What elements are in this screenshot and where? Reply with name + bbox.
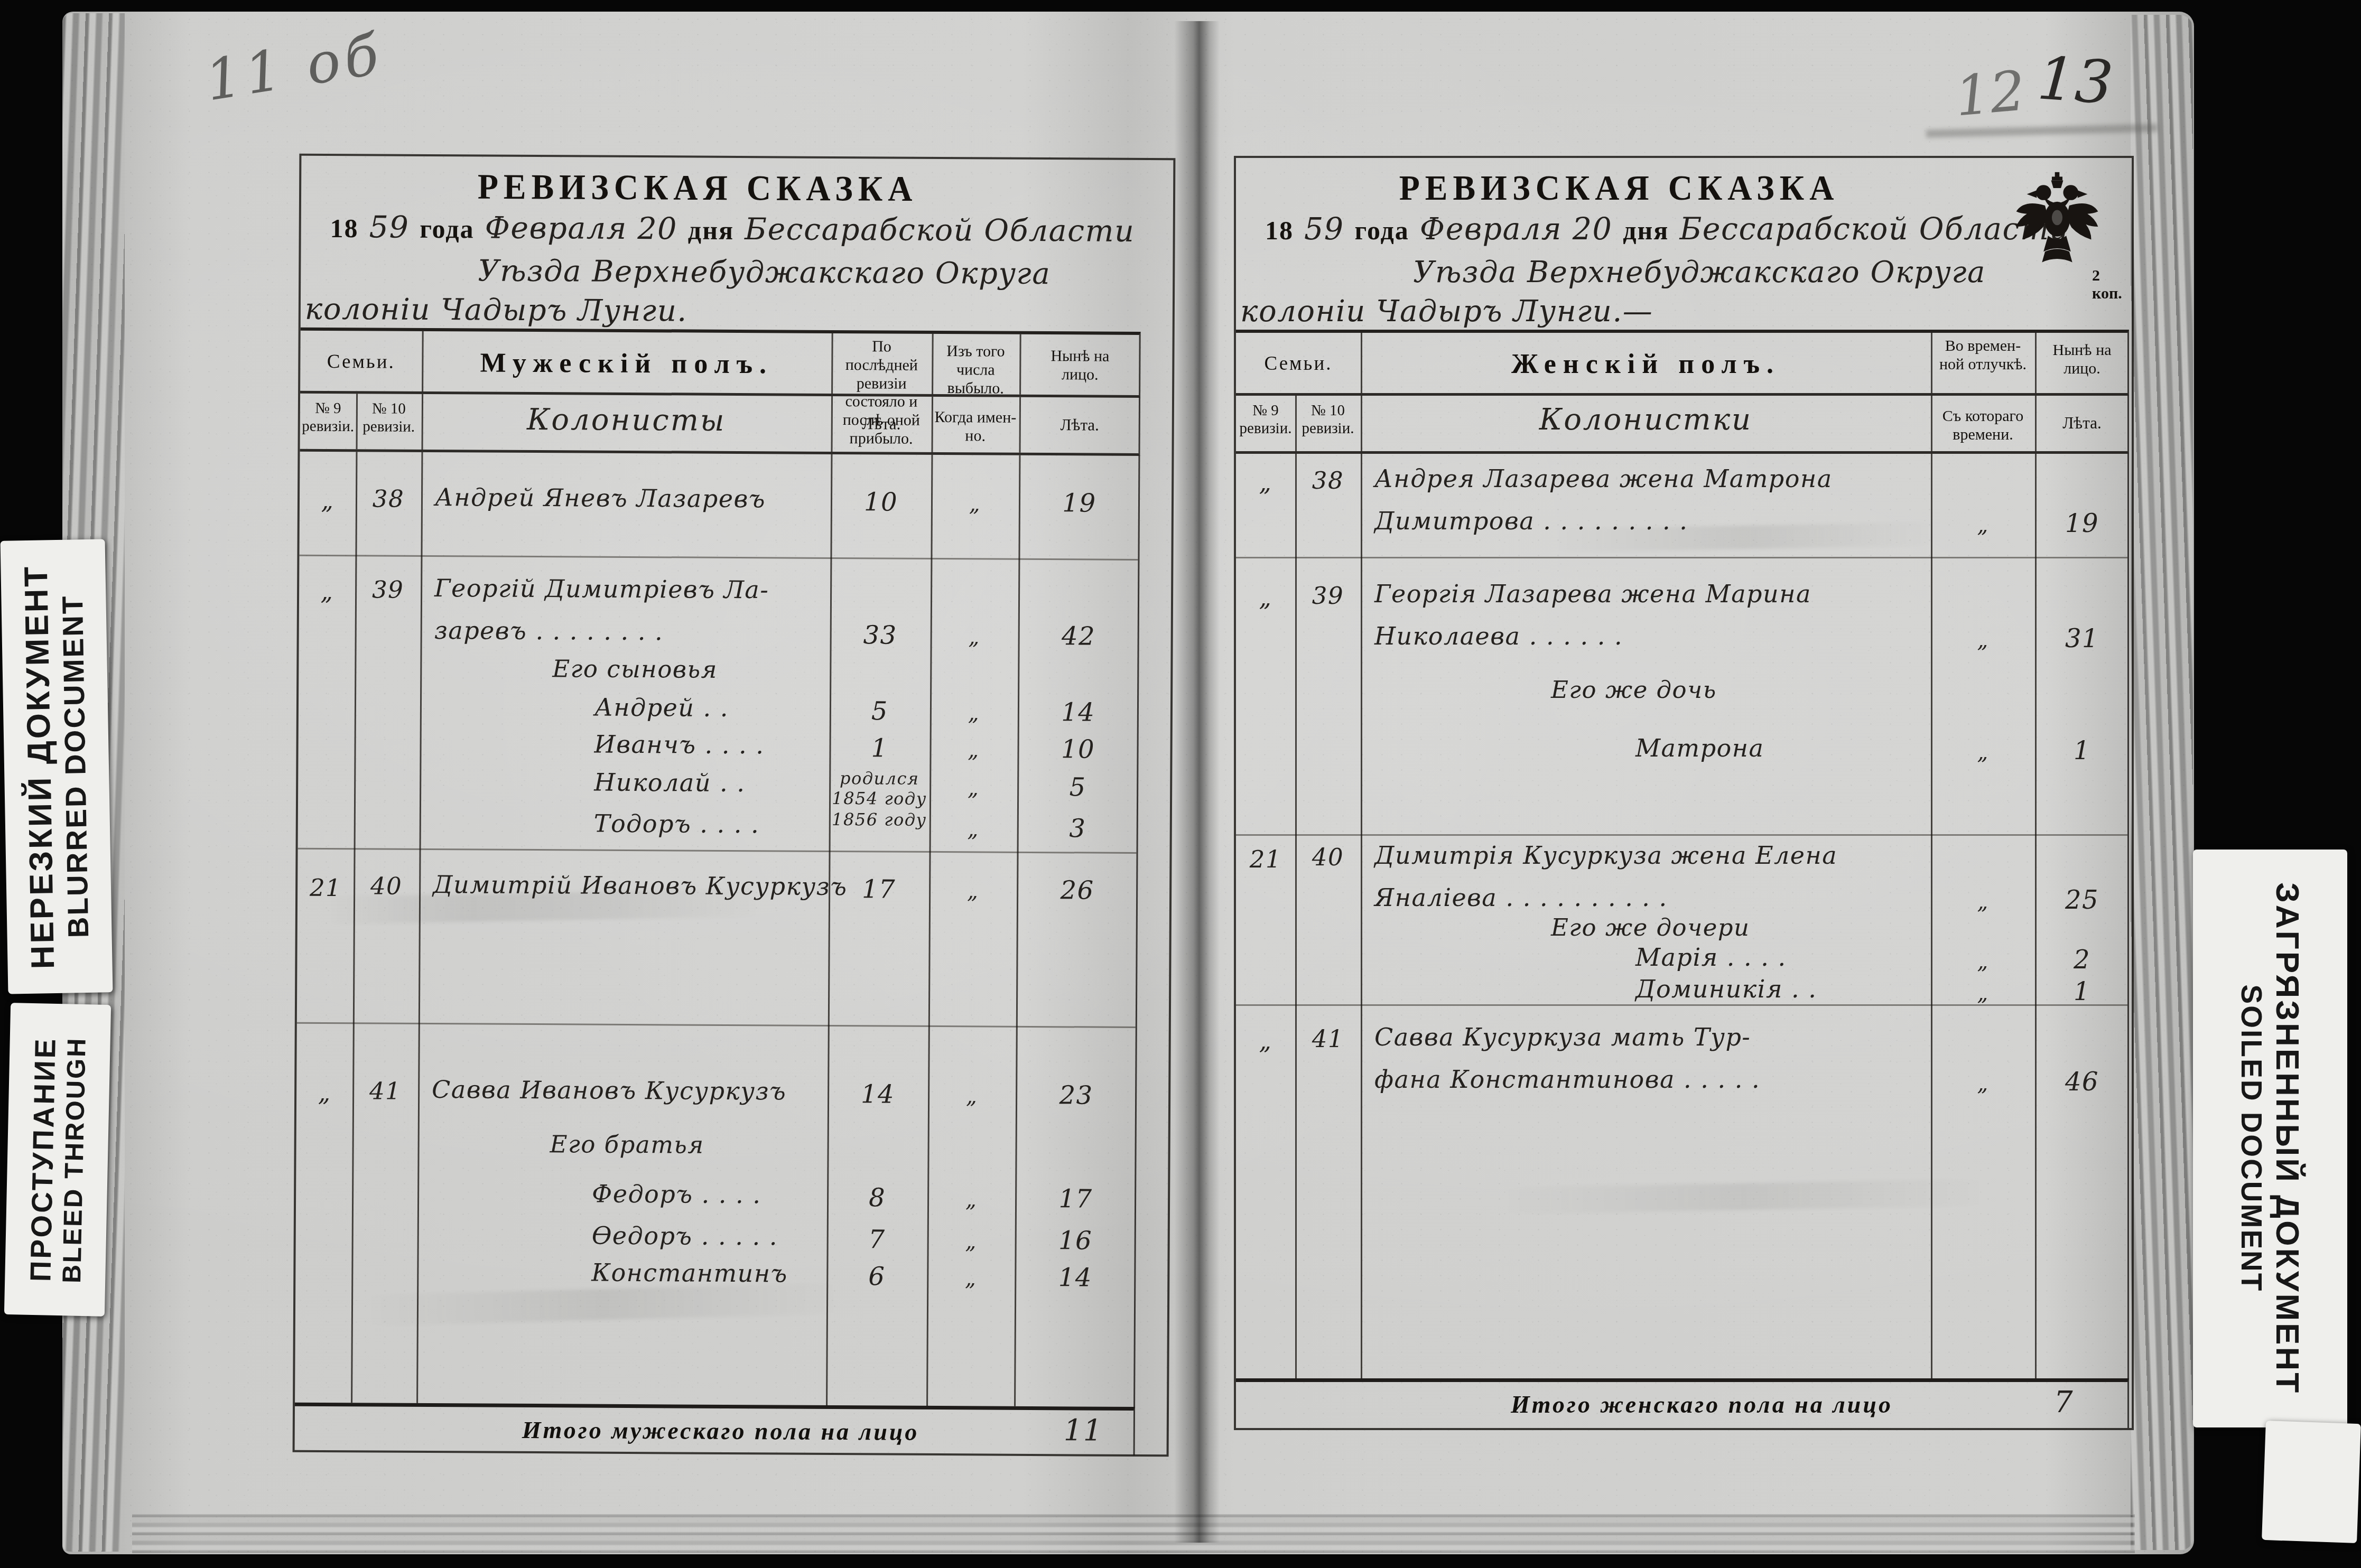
table-row: „38Андрей Яневъ Лазаревъ10„19 (299, 452, 1138, 559)
colony-line: колоніи Чадыръ Лунги. (305, 292, 687, 329)
cell-revision10: 40 (353, 850, 420, 1023)
column-rule (2035, 396, 2037, 451)
hw-date: Февраля 20 (1420, 212, 1612, 247)
cell-ditto: „ (927, 1171, 1015, 1221)
total-value: 11 (1064, 1413, 1103, 1448)
table-row: Его братья (296, 1123, 1135, 1172)
column-rule (1361, 396, 1362, 451)
tag-text-en: BLURRED DOCUMENT (55, 564, 96, 969)
tag-soiled-document: ЗАГРЯЗНЕННЫЙ ДОКУМЕНТ SOILED DOCUMENT (2193, 850, 2347, 1427)
table-row: „38Андрея Лазарева жена МатронаДимитрова… (1236, 454, 2127, 557)
cell-age-now: 1 (2035, 974, 2129, 1004)
total-value: 7 (2054, 1385, 2074, 1420)
col-when-exactly: Когда имен­но. (932, 408, 1019, 445)
page-left-frame: РЕВИЗСКАЯ СКАЗКА 18 59 года Февраля 20 д… (293, 154, 1176, 1457)
name-line: Марія . . . . (1635, 945, 1931, 970)
table-row: Иванчъ . . . .1„10 (298, 726, 1137, 769)
cell-age-now: 14 (1018, 693, 1139, 731)
column-rule (932, 397, 934, 452)
cell-ditto: „ (929, 809, 1017, 852)
name-line: Савва Кусуркуза мать Тур- (1374, 1025, 1931, 1050)
table-row: Николай . .родился1854 году„5 (298, 764, 1137, 810)
table-row: Его же дочери (1236, 909, 2127, 942)
page-stack-edge-right (2131, 15, 2193, 1550)
col-revision-10: № 10 реви­зіи. (356, 400, 422, 436)
cell-name: Андрей . . (420, 690, 830, 729)
age-value: 8 (827, 1183, 927, 1213)
cell-ditto: „ (927, 1258, 1015, 1298)
age-value: 10 (831, 487, 931, 517)
cell-age-last-revision: 1 (829, 729, 929, 768)
cell-age-now: 23 (1016, 1028, 1137, 1127)
name-line: заревъ . . . . . . . . (434, 618, 830, 646)
age-value: 17 (829, 874, 929, 904)
tag-text-en: SOILED DOCUMENT (2235, 882, 2269, 1395)
cell-revision9: 21 (297, 850, 354, 1023)
cell-ditto: „ (931, 559, 1019, 651)
folio-number-ink: 13 (2035, 44, 2115, 118)
column-rule (831, 396, 833, 452)
tag-bleed-through: ПРОСТУПАНИЕ BLEED THROUGH (4, 1003, 111, 1317)
column-rule (356, 394, 358, 449)
district-line: Уѣзда Верхнебуджакскаго Округа (1413, 255, 1986, 290)
age-value: 1 (829, 733, 929, 763)
age-value: 1856 году (829, 809, 929, 830)
col-temporary-absence: Во времен­ной отлуч­кѣ. (1931, 337, 2035, 374)
printed-goda: года (420, 213, 475, 245)
hw-region: Бессарабской Области (1679, 212, 2069, 247)
name-line: Георгій Димитріевъ Ла- (434, 576, 830, 603)
cell-revision9: „ (299, 452, 356, 555)
page-left-header: РЕВИЗСКАЯ СКАЗКА 18 59 года Февраля 20 д… (301, 156, 1174, 332)
name-line: Георгія Лазарева жена Марина (1374, 582, 1931, 607)
table-body: „38Андрея Лазарева жена МатронаДимитрова… (1236, 454, 2129, 1378)
cell-ditto: „ (1931, 718, 2035, 834)
cell-ditto: „ (1931, 454, 2035, 557)
table-row: Его сыновья (299, 647, 1137, 694)
cell-revision10: 39 (355, 556, 421, 648)
cell-name: Николай . . (420, 765, 829, 808)
cell-age-last-revision: 17 (828, 852, 929, 1025)
cell-age-now: 26 (1016, 853, 1138, 1026)
table-row: „41Савва Кусуркуза мать Тур-фана Констан… (1236, 1004, 2127, 1131)
cell-age-last-revision: 10 (830, 454, 931, 558)
table-row: Марія . . . .„2 (1236, 942, 2127, 974)
table-row: Матрона„1 (1236, 718, 2127, 834)
cell-name: Матрона (1361, 718, 1931, 834)
cell-revision10: 38 (1295, 454, 1361, 557)
cell-name: Иванчъ . . . . (420, 727, 829, 767)
cell-age-now: 19 (1018, 455, 1140, 559)
col-revision-9: № 9 реви­зіи. (300, 400, 356, 436)
cell-ditto: „ (929, 730, 1017, 768)
tag-text-ru: ПРОСТУПАНИЕ (23, 1036, 62, 1283)
tag-text-en: BLEED THROUGH (57, 1037, 92, 1283)
cell-age-last-revision: родился1854 году (829, 767, 929, 809)
name-line: Андрей . . (594, 695, 830, 722)
age-value: 6 (826, 1262, 927, 1292)
name-line: Ѳедоръ . . . . . (592, 1224, 827, 1250)
table-header-main: Семьи. Мужескій полъ. По послѣдней ревиз… (300, 328, 1141, 398)
table-footer: Итого мужескаго пола на лицо 11 (295, 1403, 1135, 1455)
age-value-sub: 1854 году (829, 788, 929, 809)
cell-age-now: 2 (2035, 942, 2129, 974)
hw-year: 59 (369, 210, 410, 245)
cell-name: Димитрія Кусуркуза жена ЕленаЯналіева . … (1361, 836, 1931, 909)
page-title: РЕВИЗСКАЯ СКАЗКА (1236, 167, 2002, 209)
cell-age-last-revision: 33 (830, 559, 931, 650)
col-male-sex: Мужескій полъ. (422, 347, 831, 381)
cell-revision10: 41 (352, 1024, 419, 1123)
cell-revision9: „ (1236, 454, 1295, 557)
cell-name: Константинъ (417, 1255, 826, 1297)
page-stack-edge-bottom (132, 1514, 2135, 1553)
column-rule (1931, 454, 1932, 1378)
age-value: 7 (827, 1225, 927, 1255)
cell-age-now: 1 (2035, 718, 2129, 834)
column-rule (1295, 396, 1297, 451)
column-rule (1019, 334, 1021, 395)
colony-line: колоніи Чадыръ Лунги.— (1240, 294, 1653, 329)
printed-18: 18 (1265, 215, 1294, 246)
table-row: „39Георгія Лазарева жена МаринаНиколаева… (1236, 557, 2127, 660)
cell-revision10: 38 (355, 452, 421, 555)
cell-revision9: „ (296, 1024, 353, 1123)
document-scan: 11 об 12 13 РЕВИЗСКАЯ СКАЗКА 18 59 года … (0, 0, 2361, 1568)
row-sublabel: Его же дочери (1361, 909, 1931, 942)
col-revision-9: № 9 реви­зіи. (1236, 402, 1295, 437)
cell-revision9: 21 (1236, 836, 1295, 909)
cell-revision10: 39 (1295, 558, 1361, 660)
cell-revision9: „ (299, 556, 356, 648)
cell-ditto: „ (1931, 558, 2035, 660)
row-sublabel: Его сыновья (420, 648, 830, 692)
column-rule (1931, 396, 1932, 451)
printed-dnya: дня (688, 215, 734, 246)
page-right-header: РЕВИЗСКАЯ СКАЗКА 18 59 года Февраля 20 д… (1236, 158, 2132, 330)
table-row: Доминикія . .„1 (1236, 974, 2127, 1004)
table-row: Андрей . .5„14 (299, 689, 1137, 731)
table-row: „39Георгій Димитріевъ Ла-заревъ . . . . … (299, 555, 1138, 651)
col-years-prev: Лѣта. (831, 414, 932, 434)
page-title: РЕВИЗСКАЯ СКАЗКА (301, 165, 1094, 210)
column-rule (2035, 333, 2037, 393)
total-label: Итого мужескаго пола на лицо (522, 1416, 919, 1446)
cell-name: Ѳедоръ . . . . . (417, 1218, 827, 1257)
name-line: Димитрова . . . . . . . . . (1374, 509, 1931, 534)
table-footer: Итого женскаго пола на лицо 7 (1236, 1378, 2129, 1428)
name-line: фана Константинова . . . . . (1374, 1067, 1931, 1093)
column-rule (1361, 333, 1362, 393)
table-row: Тодоръ . . . .1856 году„3 (298, 806, 1137, 852)
row-sublabel: Его братья (417, 1123, 827, 1170)
name-line: Андрея Лазарева жена Матрона (1374, 466, 1931, 492)
name-line: Савва Ивановъ Кусуркузъ (432, 1077, 828, 1105)
age-value: 14 (828, 1079, 928, 1109)
cell-ditto: „ (931, 455, 1019, 558)
age-value: 33 (830, 620, 931, 650)
name-line: Андрей Яневъ Лазаревъ (435, 485, 831, 512)
date-line: 18 59 года Февраля 20 дня Бессарабской О… (1265, 212, 2080, 247)
cell-age-now: 17 (1015, 1171, 1136, 1222)
column-rule (422, 394, 424, 450)
table-row: Ѳедоръ . . . . .7„16 (296, 1218, 1135, 1259)
name-line: Димитрій Ивановъ Кусуркузъ (433, 872, 829, 900)
cell-ditto: „ (1931, 942, 2035, 974)
cell-age-now: 46 (2035, 1006, 2129, 1131)
table-row: 2140Димитрій Ивановъ Кусуркузъ17„26 (297, 848, 1137, 1026)
cell-age-last-revision: 14 (828, 1026, 928, 1126)
name-line: Доминикія . . (1635, 977, 1931, 1002)
column-rule (1295, 454, 1297, 1378)
cell-ditto: „ (930, 693, 1018, 730)
name-line: Федоръ . . . . (592, 1182, 827, 1208)
cell-name: Тодоръ . . . . (420, 806, 829, 851)
cell-name: Димитрій Ивановъ Кусуркузъ (419, 850, 829, 1025)
col-family: Семьи. (1236, 353, 1361, 376)
table-row: Константинъ6„14 (295, 1255, 1134, 1299)
table-row: Его же дочь (1236, 660, 2127, 718)
tag-blurred-document: НЕРЕЗКИЙ ДОКУМЕНТ BLURRED DOCUMENT (1, 539, 113, 994)
column-rule (831, 333, 833, 394)
cell-ditto: „ (1931, 1006, 2035, 1131)
imperial-eagle-icon (2012, 172, 2103, 274)
cell-age-now: 42 (1018, 560, 1140, 651)
name-line: Димитрія Кусуркуза жена Елена (1374, 843, 1931, 869)
cell-age-now: 25 (2035, 836, 2129, 909)
total-label: Итого женскаго пола на лицо (1511, 1390, 1893, 1418)
tag-blank-slip (2262, 1421, 2361, 1543)
col-years-now: Лѣта. (1019, 415, 1140, 435)
cell-ditto: „ (1931, 974, 2035, 1004)
cell-name: Савва Ивановъ Кусуркузъ (418, 1024, 828, 1125)
column-rule (1019, 397, 1021, 453)
name-line: Константинъ (591, 1261, 826, 1287)
name-line: Яналіева . . . . . . . . . . (1374, 885, 1931, 911)
book-gutter (1174, 21, 1220, 1543)
cell-age-last-revision: 5 (830, 692, 930, 730)
column-rule (2035, 454, 2037, 1378)
column-rule (422, 331, 424, 391)
district-line: Уѣзда Верхнебуджакскаго Округа (478, 254, 1051, 291)
cell-name: Савва Кусуркуза мать Тур-фана Константин… (1361, 1006, 1931, 1131)
col-revision-10: № 10 реви­зіи. (1295, 402, 1361, 437)
cell-revision9: „ (1236, 558, 1295, 660)
cell-name: Марія . . . . (1361, 942, 1931, 974)
table-body: „38Андрей Яневъ Лазаревъ10„19„39Георгій … (295, 452, 1140, 1407)
col-present: Нынѣ на лицо. (1019, 347, 1140, 385)
cell-age-now: 31 (2035, 558, 2129, 660)
hw-date: Февраля 20 (485, 211, 677, 247)
cell-name: Федоръ . . . . (417, 1168, 827, 1220)
tag-text-ru: НЕРЕЗКИЙ ДОКУМЕНТ (17, 564, 62, 969)
cell-age-now: 10 (1017, 730, 1138, 769)
date-line: 18 59 года Февраля 20 дня Бессарабской О… (330, 210, 1146, 249)
page-right-frame: РЕВИЗСКАЯ СКАЗКА 18 59 года Февраля 20 д… (1234, 156, 2134, 1430)
column-rule (1931, 333, 1932, 393)
cell-age-last-revision: 8 (827, 1170, 927, 1221)
name-line: Николай . . (594, 770, 829, 797)
row-sublabel: Его же дочь (1361, 660, 1931, 718)
cell-age-last-revision: 1856 году (829, 808, 929, 851)
column-rule (932, 334, 934, 394)
group-label-colonists: Колонистки (1361, 403, 1931, 437)
cell-age-now: 5 (1017, 768, 1138, 810)
cell-age-now: 19 (2035, 454, 2129, 557)
table-row: Федоръ . . . .8„17 (296, 1168, 1135, 1222)
tag-text-ru: ЗАГРЯЗНЕННЫЙ ДОКУМЕНТ (2269, 882, 2306, 1395)
cell-name: Георгій Димитріевъ Ла-заревъ . . . . . .… (421, 557, 831, 650)
cell-name: Доминикія . . (1361, 974, 1931, 1004)
hw-year: 59 (1304, 212, 1344, 247)
col-years-now: Лѣта. (2035, 414, 2129, 433)
cell-revision10: 41 (1295, 1006, 1361, 1131)
column-rule (1361, 454, 1362, 1378)
cell-ditto: „ (928, 1027, 1016, 1126)
cell-name: Андрея Лазарева жена МатронаДимитрова . … (1361, 454, 1931, 557)
printed-dnya: дня (1623, 215, 1669, 246)
printed-18: 18 (330, 213, 359, 244)
table-row: 2140Димитрія Кусуркуза жена ЕленаЯналіев… (1236, 834, 2127, 909)
name-line: Иванчъ . . . . (594, 732, 829, 759)
col-present: Нынѣ на лицо. (2035, 341, 2129, 378)
col-female-sex: Женскій полъ. (1361, 349, 1931, 380)
group-label-colonists: Колонисты (422, 403, 831, 439)
folio-number-pencil: 12 (1953, 58, 2028, 128)
col-departed: Изъ того числа выбыло. (932, 342, 1020, 398)
cell-ditto: „ (927, 1221, 1015, 1258)
age-value: родился (829, 768, 929, 789)
cell-age-last-revision: 7 (827, 1220, 927, 1258)
cell-name: Андрей Яневъ Лазаревъ (421, 452, 831, 557)
stamp-price: 2 коп. (2092, 267, 2132, 303)
col-family: Семьи. (300, 351, 422, 374)
age-value: 5 (830, 696, 930, 726)
table-header-main: Семьи. Женскій полъ. Во времен­ной отлуч… (1236, 330, 2129, 396)
printed-goda: года (1355, 215, 1409, 246)
hw-region: Бессарабской Области (745, 212, 1135, 249)
col-since-when: Съ котораго времени. (1931, 407, 2035, 444)
table-row: „41Савва Ивановъ Кусуркузъ14„23 (296, 1022, 1136, 1127)
cell-age-now: 3 (1017, 809, 1138, 852)
name-line: Николаева . . . . . . (1374, 624, 1931, 649)
cell-ditto: „ (928, 853, 1017, 1026)
table-header-sub: № 9 реви­зіи. № 10 реви­зіи. Колонисты Л… (300, 394, 1140, 456)
name-line: Тодоръ . . . . (594, 811, 829, 838)
cell-age-now: 16 (1015, 1221, 1136, 1259)
name-line: Матрона (1635, 736, 1931, 761)
cell-ditto: „ (929, 768, 1017, 809)
cell-revision9: „ (1236, 1006, 1295, 1131)
cell-name: Георгія Лазарева жена МаринаНиколаева . … (1361, 558, 1931, 660)
cell-revision10: 40 (1295, 836, 1361, 909)
cell-age-now: 14 (1015, 1258, 1136, 1299)
cell-age-last-revision: 6 (826, 1257, 927, 1298)
table-header-sub: № 9 реви­зіи. № 10 реви­зіи. Колонистки … (1236, 396, 2129, 454)
cell-ditto: „ (1931, 836, 2035, 909)
